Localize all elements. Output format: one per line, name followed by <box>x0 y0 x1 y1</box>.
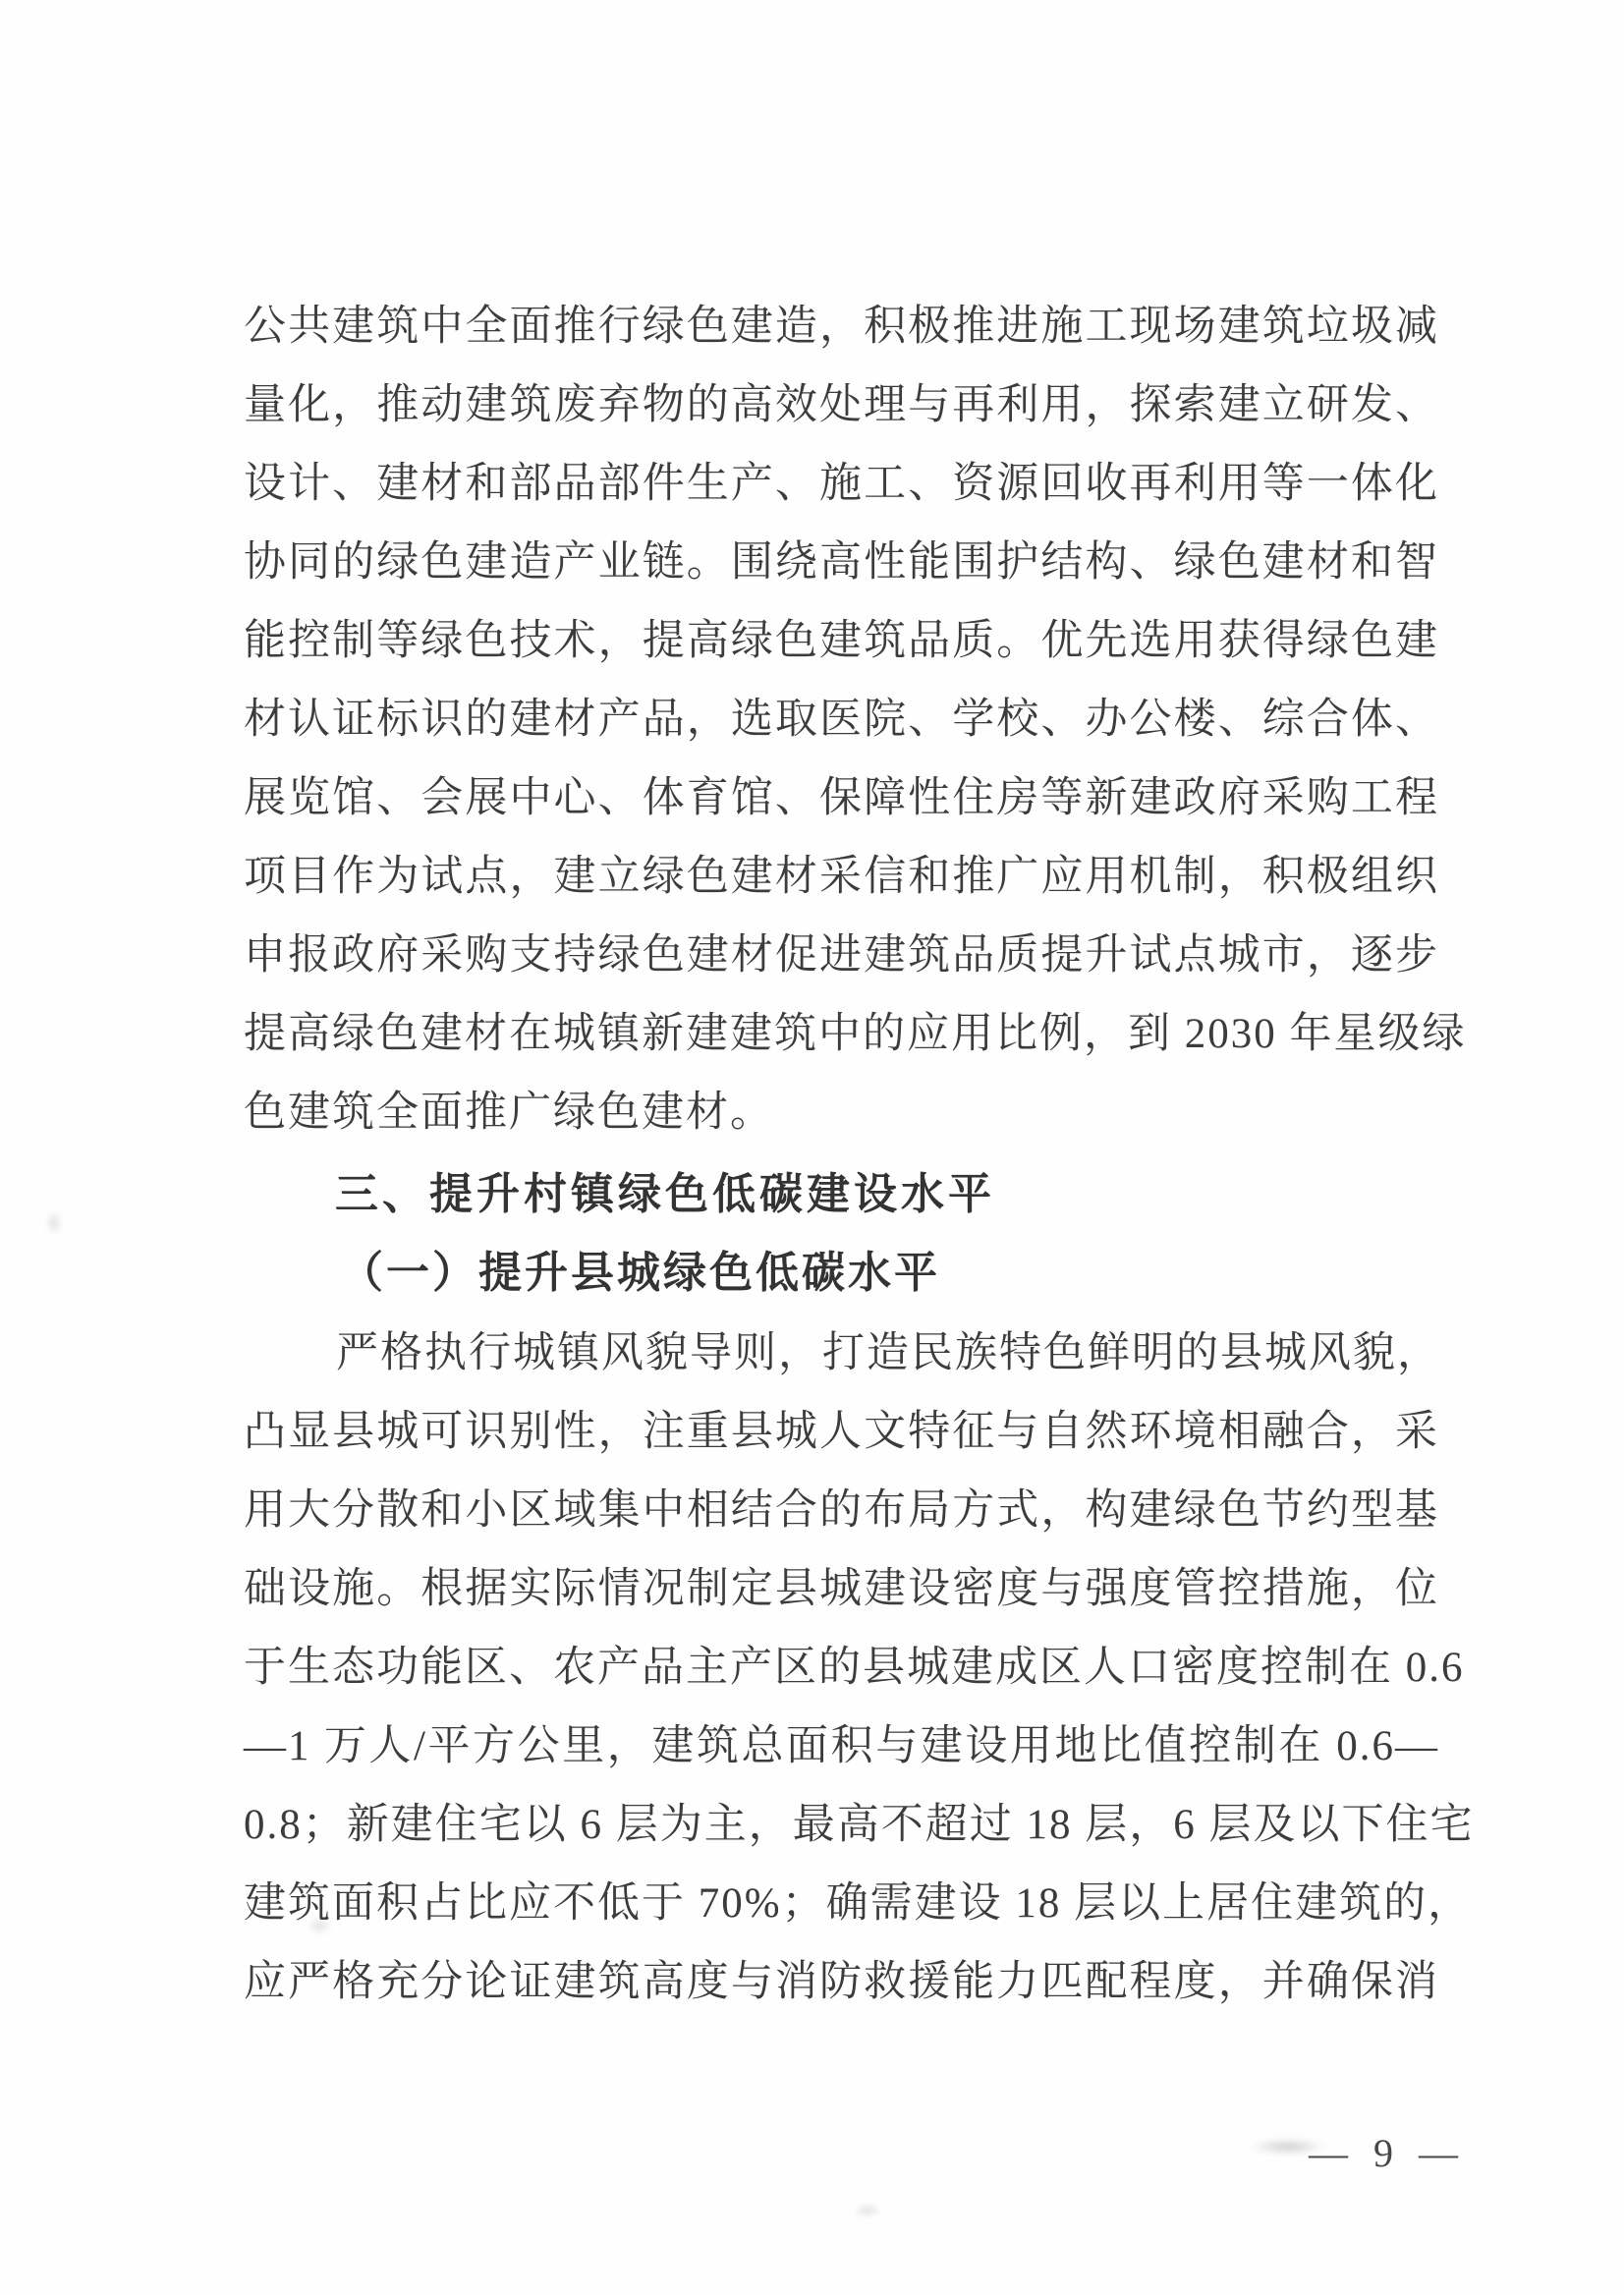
paragraph-line: 0.8；新建住宅以 6 层为主，最高不超过 18 层，6 层及以下住宅 <box>244 1786 1439 1865</box>
ink-speck <box>307 1916 332 1935</box>
paragraph-line: 公共建筑中全面推行绿色建造，积极推进施工现场建筑垃圾减 <box>244 288 1439 366</box>
paragraph-line: 建筑面积占比应不低于 70%；确需建设 18 层以上居住建筑的， <box>244 1865 1439 1943</box>
paragraph-line: 设计、建材和部品部件生产、施工、资源回收再利用等一体化 <box>244 445 1439 524</box>
paragraph-line: 协同的绿色建造产业链。围绕高性能围护结构、绿色建材和智 <box>244 524 1439 602</box>
paragraph-line: 于生态功能区、农产品主产区的县城建成区人口密度控制在 0.6 <box>244 1629 1439 1707</box>
scan-smudge <box>1250 2138 1326 2155</box>
paragraph-line: 项目作为试点，建立绿色建材采信和推广应用机制，积极组织 <box>244 838 1439 917</box>
paragraph-line: 严格执行城镇风貌导则，打造民族特色鲜明的县城风貌， <box>244 1315 1439 1393</box>
paragraph-line: 材认证标识的建材产品，选取医院、学校、办公楼、综合体、 <box>244 681 1439 759</box>
ink-speck <box>853 2203 882 2218</box>
ink-speck <box>45 1210 63 1236</box>
paragraph-line: —1 万人/平方公里，建筑总面积与建设用地比值控制在 0.6— <box>244 1707 1439 1786</box>
subsection-heading: （一）提升县城绿色低碳水平 <box>244 1234 1439 1313</box>
paragraph-line: 应严格充分论证建筑高度与消防救援能力匹配程度，并确保消 <box>244 1943 1439 2022</box>
paragraph-line: 提高绿色建材在城镇新建建筑中的应用比例，到 2030 年星级绿 <box>244 995 1439 1074</box>
paragraph-line: 用大分散和小区域集中相结合的布局方式，构建绿色节约型基 <box>244 1472 1439 1550</box>
paragraph-line: 色建筑全面推广绿色建材。 <box>244 1074 1439 1152</box>
section-heading: 三、提升村镇绿色低碳建设水平 <box>244 1155 1439 1234</box>
paragraph-line: 申报政府采购支持绿色建材促进建筑品质提升试点城市，逐步 <box>244 917 1439 995</box>
paragraph-line: 础设施。根据实际情况制定县城建设密度与强度管控措施，位 <box>244 1550 1439 1629</box>
body-text-block: 公共建筑中全面推行绿色建造，积极推进施工现场建筑垃圾减 量化，推动建筑废弃物的高… <box>244 288 1439 2022</box>
page-number: — 9 — <box>1309 2130 1466 2176</box>
document-page: 公共建筑中全面推行绿色建造，积极推进施工现场建筑垃圾减 量化，推动建筑废弃物的高… <box>0 0 1624 2295</box>
paragraph-line: 展览馆、会展中心、体育馆、保障性住房等新建政府采购工程 <box>244 759 1439 838</box>
paragraph-line: 量化，推动建筑废弃物的高效处理与再利用，探索建立研发、 <box>244 366 1439 445</box>
paragraph-line: 能控制等绿色技术，提高绿色建筑品质。优先选用获得绿色建 <box>244 602 1439 681</box>
paragraph-line: 凸显县城可识别性，注重县城人文特征与自然环境相融合，采 <box>244 1393 1439 1472</box>
